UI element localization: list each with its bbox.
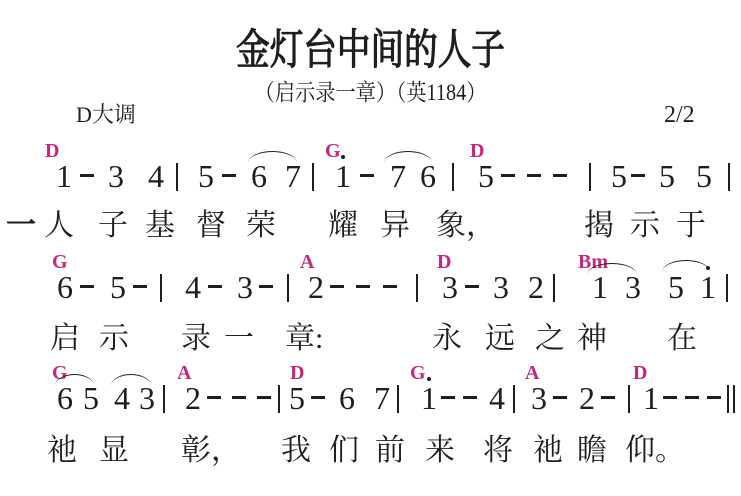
barline <box>163 385 165 413</box>
lyric-char: 异 <box>380 209 410 243</box>
note: 7 <box>285 160 301 192</box>
duration-dash <box>80 174 94 177</box>
duration-dash <box>311 396 325 399</box>
barline <box>278 385 280 413</box>
barline <box>513 385 515 413</box>
lyric-char: 耀 <box>328 209 358 243</box>
duration-dash <box>465 285 479 288</box>
duration-dash <box>631 174 645 177</box>
note: 5 <box>83 382 99 414</box>
note: 1 <box>335 160 351 192</box>
note: 4 <box>114 382 130 414</box>
barline <box>287 274 289 302</box>
barline <box>160 274 162 302</box>
note: 5 <box>198 160 214 192</box>
lyric-char: 们 <box>329 434 359 468</box>
note: 3 <box>237 271 253 303</box>
lyric-char: 在 <box>667 322 697 356</box>
time-signature: 2/2 <box>664 101 695 129</box>
note: 1 <box>56 160 72 192</box>
barline <box>452 163 454 191</box>
lyric-char: 象， <box>436 209 496 243</box>
duration-dash <box>259 285 273 288</box>
lyric-char: 子 <box>98 209 128 243</box>
note: 6 <box>57 382 73 414</box>
duration-dash <box>360 174 374 177</box>
note: 6 <box>420 160 436 192</box>
key-signature: D大调 <box>76 102 136 128</box>
music-line-1: DGD1345671765555 <box>0 139 741 203</box>
note: 3 <box>108 160 124 192</box>
final-double-barline <box>727 385 735 413</box>
note: 1 <box>643 382 659 414</box>
note: 3 <box>139 382 155 414</box>
lyric-char: 人 <box>44 209 74 243</box>
duration-dash <box>463 396 477 399</box>
duration-dash <box>501 174 515 177</box>
lyric-char: 将 <box>483 434 513 468</box>
duration-dash <box>80 285 94 288</box>
note: 4 <box>489 382 505 414</box>
duration-dash <box>707 396 721 399</box>
lyric-char: 揭 <box>584 209 614 243</box>
note: 1 <box>592 271 608 303</box>
lyric-line-3: 祂显彰，我们前来将祂瞻仰。 <box>0 434 741 476</box>
lyric-char: 于 <box>676 209 706 243</box>
duration-dash <box>685 396 699 399</box>
hymn-sheet: 金灯台中间的人子 （启示录一章）（英1184） D大调 2/2 DGD13456… <box>0 0 741 496</box>
barline <box>312 163 314 191</box>
note: 6 <box>57 271 73 303</box>
lyric-char: 督 <box>196 209 226 243</box>
barline <box>397 385 399 413</box>
note: 6 <box>251 160 267 192</box>
duration-dash <box>232 396 246 399</box>
note: 5 <box>696 160 712 192</box>
duration-dash <box>133 285 147 288</box>
lyric-char: 远 <box>485 322 515 356</box>
note: 6 <box>339 382 355 414</box>
note: 1 <box>700 271 716 303</box>
lyric-char: 示 <box>630 209 660 243</box>
barline <box>726 274 728 302</box>
lyric-char: 启 <box>50 322 80 356</box>
lyric-char: 显 <box>99 434 129 468</box>
note: 5 <box>668 271 684 303</box>
duration-dash <box>330 285 344 288</box>
note: 5 <box>110 271 126 303</box>
note: 2 <box>308 271 324 303</box>
duration-dash <box>527 174 541 177</box>
duration-dash <box>208 285 222 288</box>
lyric-char: 瞻 <box>577 434 607 468</box>
lyric-char: 前 <box>375 434 405 468</box>
duration-dash <box>553 174 567 177</box>
barline <box>176 163 178 191</box>
lyric-char: 之 <box>535 322 565 356</box>
note: 7 <box>390 160 406 192</box>
barline <box>628 385 630 413</box>
note: 4 <box>148 160 164 192</box>
note: 3 <box>531 382 547 414</box>
music-line-3: GADGAD6543256714321 <box>0 361 741 425</box>
lyric-char: 神 <box>577 322 607 356</box>
duration-dash <box>207 396 221 399</box>
duration-dash <box>257 396 271 399</box>
duration-dash <box>222 174 236 177</box>
note: 2 <box>185 382 201 414</box>
lyric-char: 祂 <box>47 434 77 468</box>
note: 7 <box>374 382 390 414</box>
barline <box>553 274 555 302</box>
lyric-char: 仰。 <box>625 434 685 468</box>
duration-dash <box>356 285 370 288</box>
lyric-char: 祂 <box>533 434 563 468</box>
lyric-char: 基 <box>145 209 175 243</box>
note: 5 <box>478 160 494 192</box>
note: 2 <box>528 271 544 303</box>
note: 3 <box>625 271 641 303</box>
lyric-char: 录 <box>181 322 211 356</box>
note: 3 <box>442 271 458 303</box>
note: 3 <box>493 271 509 303</box>
lyric-char: 示 <box>99 322 129 356</box>
lyric-char: 永 <box>432 322 462 356</box>
barline <box>728 163 730 191</box>
note: 2 <box>579 382 595 414</box>
lyric-char: 彰， <box>181 434 241 468</box>
lyric-char: 章: <box>285 322 323 356</box>
song-subtitle: （启示录一章）（英1184） <box>44 79 696 107</box>
verse-number: 一 <box>6 209 36 243</box>
duration-dash <box>383 285 397 288</box>
lyric-char: 来 <box>425 434 455 468</box>
song-title: 金灯台中间的人子 <box>74 26 667 74</box>
note: 5 <box>659 160 675 192</box>
lyric-char: 我 <box>281 434 311 468</box>
lyric-char: 一 <box>224 322 254 356</box>
barline <box>416 274 418 302</box>
lyric-char: 荣 <box>246 209 276 243</box>
duration-dash <box>441 396 455 399</box>
note: 1 <box>421 382 437 414</box>
duration-dash <box>663 396 677 399</box>
lyric-line-1: 一人子基督荣耀异象，揭示于 <box>0 209 741 251</box>
note: 5 <box>289 382 305 414</box>
note: 5 <box>611 160 627 192</box>
note: 4 <box>185 271 201 303</box>
duration-dash <box>553 396 567 399</box>
music-line-2: GADBm654323321351 <box>0 250 741 314</box>
lyric-line-2: 启示录一章:永远之神在 <box>0 322 741 364</box>
barline <box>589 163 591 191</box>
duration-dash <box>601 396 615 399</box>
